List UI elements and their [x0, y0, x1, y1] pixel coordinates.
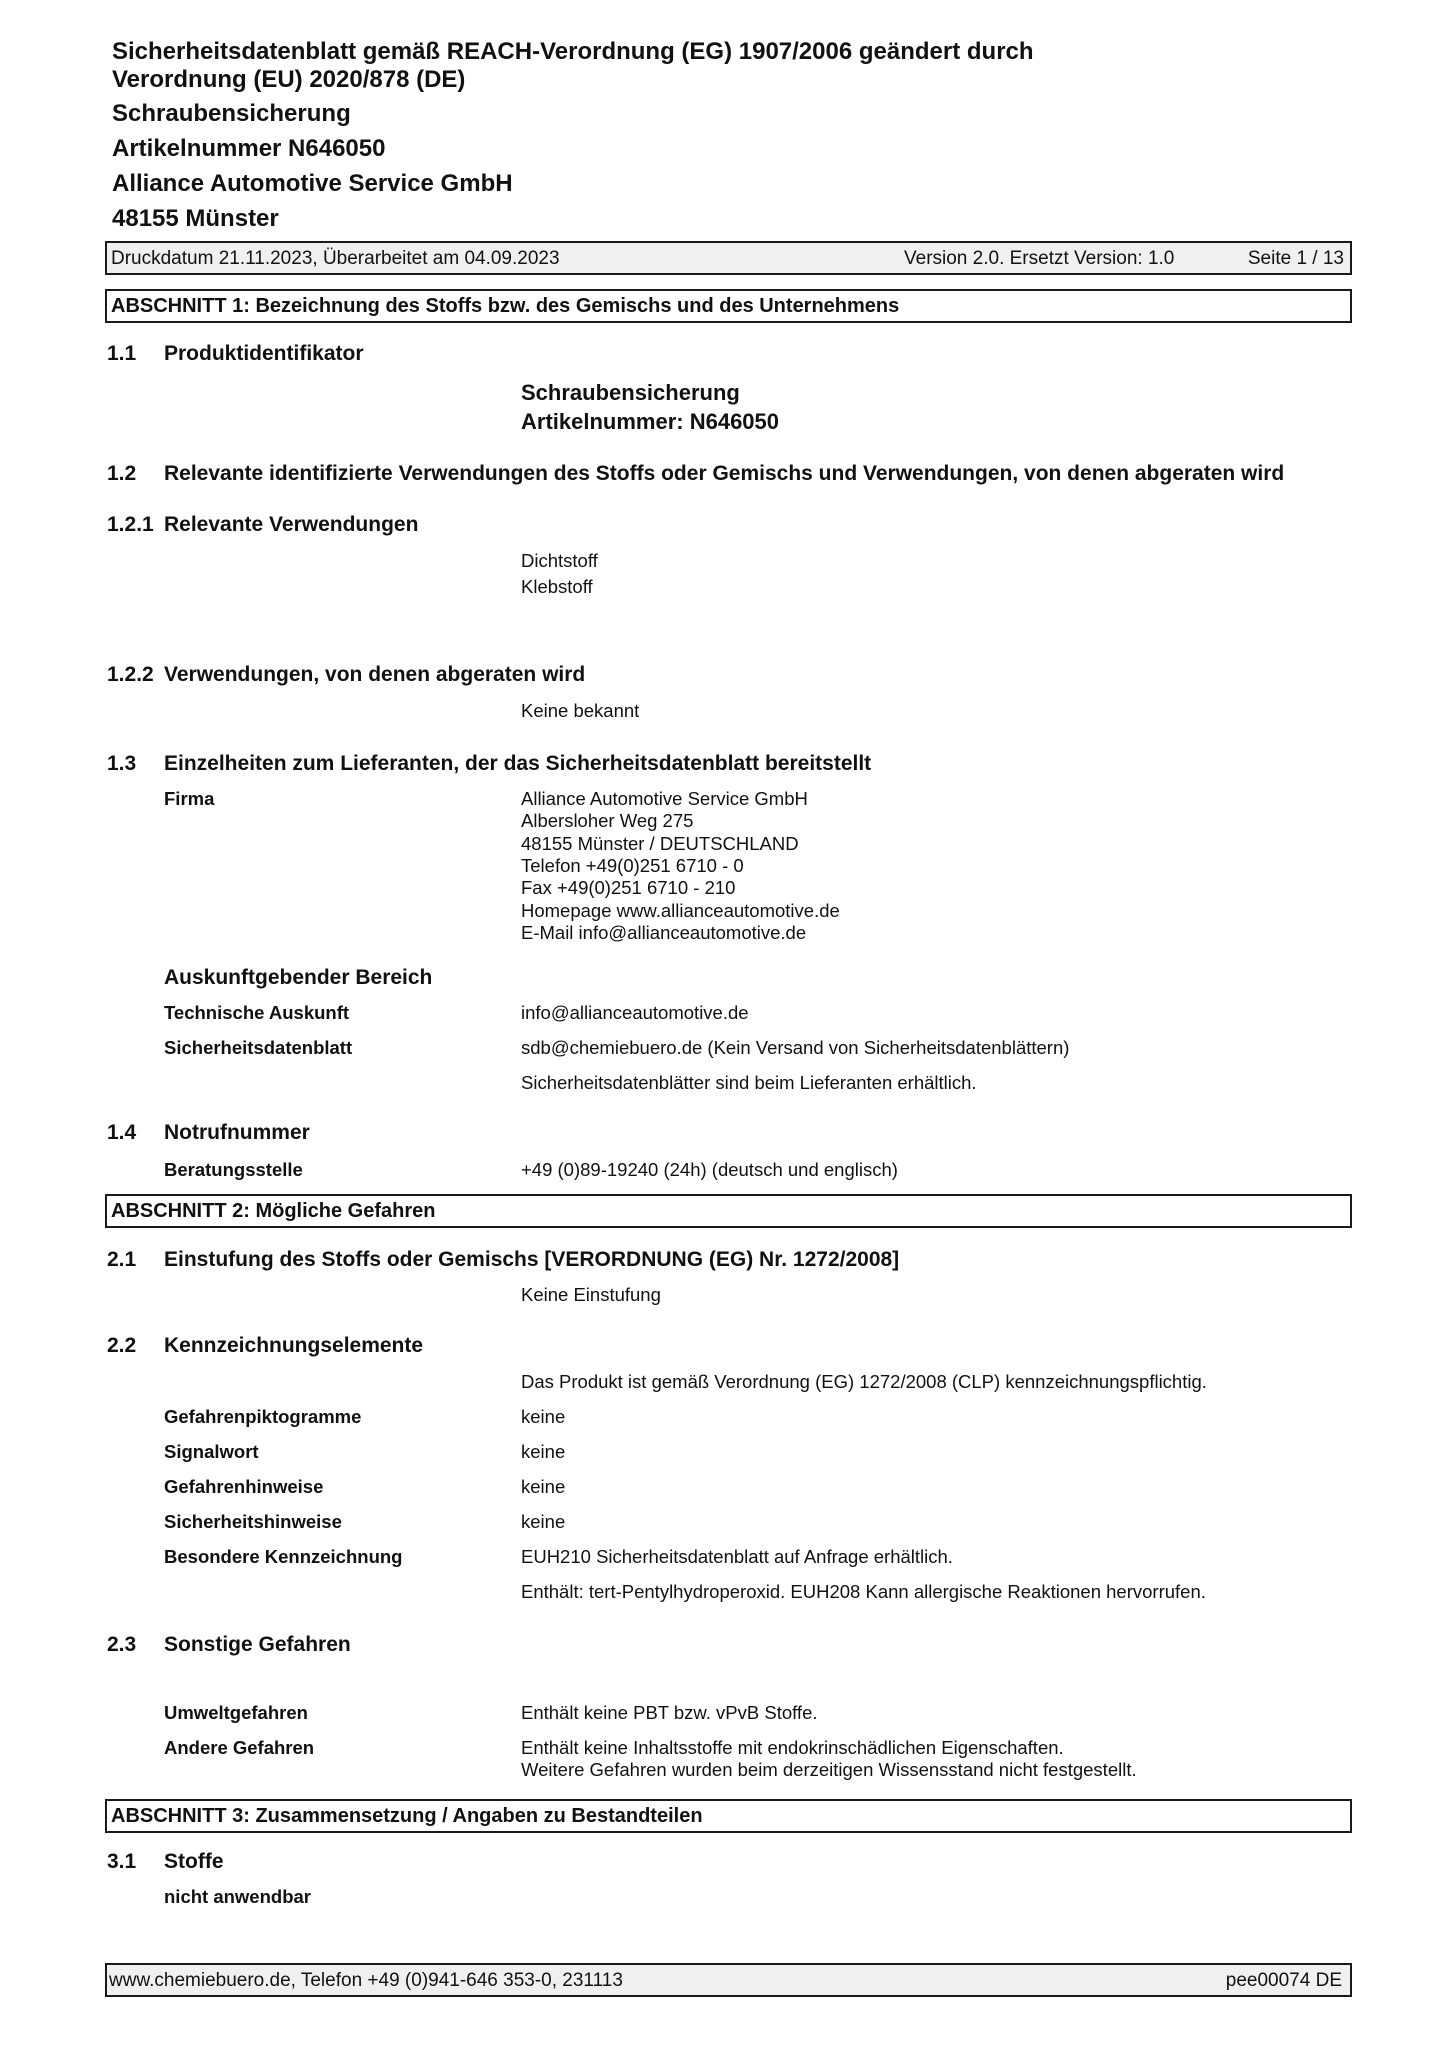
emergency-number[interactable]: +49 (0)89-19240 (24h) (deutsch und engli… [521, 1159, 898, 1181]
document-title-line1: Sicherheitsdatenblatt gemäß REACH-Verord… [112, 38, 1034, 66]
header-company: Alliance Automotive Service GmbH [112, 170, 513, 198]
header-article: Artikelnummer N646050 [112, 135, 385, 163]
footer-contact: www.chemiebuero.de, Telefon +49 (0)941-6… [109, 1970, 623, 1992]
sdb-note: Sicherheitsdatenblätter sind beim Liefer… [521, 1072, 977, 1094]
substances-value: nicht anwendbar [164, 1886, 311, 1908]
section-1-title: ABSCHNITT 1: Bezeichnung des Stoffs bzw.… [111, 295, 899, 318]
subsection-3-1-title: Stoffe [164, 1850, 224, 1874]
discouraged-uses-value: Keine bekannt [521, 700, 639, 722]
subsection-1-3-title: Einzelheiten zum Lieferanten, der das Si… [164, 752, 871, 776]
label-row-value: keine [521, 1511, 565, 1533]
print-revision-date: Druckdatum 21.11.2023, Überarbeitet am 0… [111, 248, 560, 270]
version-info: Version 2.0. Ersetzt Version: 1.0 [904, 248, 1174, 270]
label-row-value: EUH210 Sicherheitsdatenblatt auf Anfrage… [521, 1546, 953, 1568]
firma-line: Fax +49(0)251 6710 - 210 [521, 877, 735, 899]
subsection-1-2-number: 1.2 [107, 462, 136, 486]
subsection-1-1-title: Produktidentifikator [164, 342, 364, 366]
firma-line: Telefon +49(0)251 6710 - 0 [521, 855, 744, 877]
use-item: Klebstoff [521, 576, 593, 598]
section-2-title: ABSCHNITT 2: Mögliche Gefahren [111, 1200, 435, 1223]
label-row-label: Sicherheitshinweise [164, 1511, 342, 1533]
section-1-header: ABSCHNITT 1: Bezeichnung des Stoffs bzw.… [105, 289, 1352, 323]
subsection-2-3-number: 2.3 [107, 1633, 136, 1657]
technical-info-email[interactable]: info@allianceautomotive.de [521, 1002, 749, 1024]
other-hazard-line: Enthält keine Inhaltsstoffe mit endokrin… [521, 1737, 1064, 1759]
subsection-1-2-2-number: 1.2.2 [107, 663, 154, 687]
subsection-1-3-number: 1.3 [107, 752, 136, 776]
document-title-line2: Verordnung (EU) 2020/878 (DE) [112, 66, 465, 94]
subsection-1-2-2-title: Verwendungen, von denen abgeraten wird [164, 663, 585, 687]
firma-homepage[interactable]: Homepage www.allianceautomotive.de [521, 900, 840, 922]
label-row-value: keine [521, 1476, 565, 1498]
subsection-3-1-number: 3.1 [107, 1850, 136, 1874]
env-hazard-label: Umweltgefahren [164, 1702, 308, 1724]
label-row-label: Besondere Kennzeichnung [164, 1546, 402, 1568]
info-area-heading: Auskunftgebender Bereich [164, 966, 432, 990]
section-3-title: ABSCHNITT 3: Zusammensetzung / Angaben z… [111, 1805, 703, 1828]
subsection-1-1-number: 1.1 [107, 342, 136, 366]
footer-bar: www.chemiebuero.de, Telefon +49 (0)941-6… [105, 1963, 1352, 1997]
subsection-1-4-number: 1.4 [107, 1121, 136, 1145]
section-3-header: ABSCHNITT 3: Zusammensetzung / Angaben z… [105, 1799, 1352, 1833]
firma-line: 48155 Münster / DEUTSCHLAND [521, 833, 799, 855]
subsection-2-2-number: 2.2 [107, 1334, 136, 1358]
subsection-1-2-1-number: 1.2.1 [107, 513, 154, 537]
other-hazard-label: Andere Gefahren [164, 1737, 314, 1759]
subsection-2-2-title: Kennzeichnungselemente [164, 1334, 423, 1358]
label-row-value: keine [521, 1441, 565, 1463]
section-2-header: ABSCHNITT 2: Mögliche Gefahren [105, 1194, 1352, 1228]
subsection-2-3-title: Sonstige Gefahren [164, 1633, 351, 1657]
emergency-label: Beratungsstelle [164, 1159, 303, 1181]
label-row-label: Gefahrenpiktogramme [164, 1406, 361, 1428]
classification-value: Keine Einstufung [521, 1284, 661, 1306]
sdb-label: Sicherheitsdatenblatt [164, 1037, 352, 1059]
subsection-2-1-number: 2.1 [107, 1248, 136, 1272]
labelling-extra: Enthält: tert-Pentylhydroperoxid. EUH208… [521, 1581, 1206, 1603]
subsection-1-2-title: Relevante identifizierte Verwendungen de… [164, 462, 1284, 486]
firma-email[interactable]: E-Mail info@allianceautomotive.de [521, 922, 806, 944]
firma-line: Alliance Automotive Service GmbH [521, 788, 808, 810]
env-hazard-value: Enthält keine PBT bzw. vPvB Stoffe. [521, 1702, 818, 1724]
info-bar: Druckdatum 21.11.2023, Überarbeitet am 0… [105, 241, 1352, 275]
firma-line: Albersloher Weg 275 [521, 810, 693, 832]
product-name: Schraubensicherung [521, 380, 740, 406]
other-hazard-line: Weitere Gefahren wurden beim derzeitigen… [521, 1759, 1137, 1781]
header-city: 48155 Münster [112, 205, 279, 233]
subsection-1-4-title: Notrufnummer [164, 1121, 310, 1145]
footer-doc-code: pee00074 DE [1226, 1970, 1342, 1992]
header-product: Schraubensicherung [112, 100, 351, 128]
firma-label: Firma [164, 788, 214, 810]
label-row-label: Gefahrenhinweise [164, 1476, 323, 1498]
page-number: Seite 1 / 13 [1248, 248, 1344, 270]
technical-info-label: Technische Auskunft [164, 1002, 349, 1024]
subsection-1-2-1-title: Relevante Verwendungen [164, 513, 418, 537]
subsection-2-1-title: Einstufung des Stoffs oder Gemischs [VER… [164, 1248, 899, 1272]
labelling-intro: Das Produkt ist gemäß Verordnung (EG) 12… [521, 1371, 1207, 1393]
label-row-label: Signalwort [164, 1441, 259, 1463]
use-item: Dichtstoff [521, 550, 598, 572]
product-article-number: Artikelnummer: N646050 [521, 409, 779, 435]
label-row-value: keine [521, 1406, 565, 1428]
sdb-email[interactable]: sdb@chemiebuero.de (Kein Versand von Sic… [521, 1037, 1069, 1059]
